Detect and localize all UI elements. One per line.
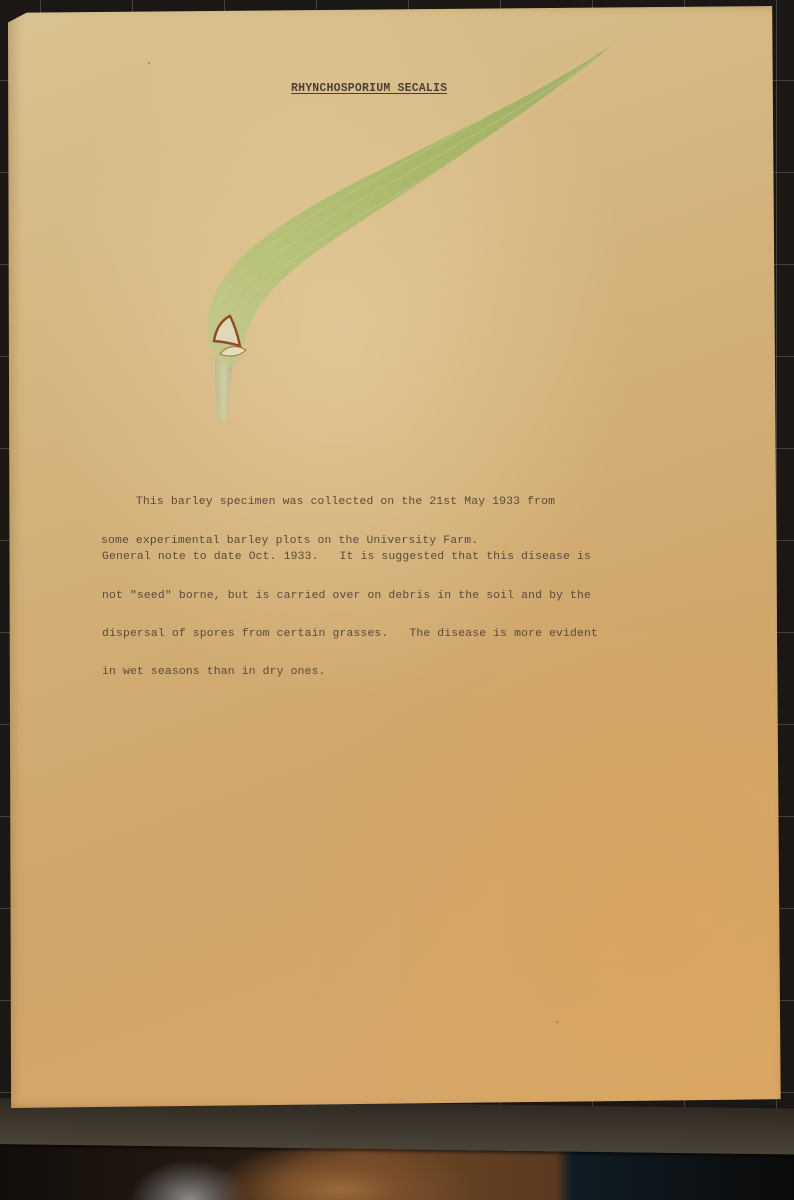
text-line: not "seed" borne, but is carried over on… — [102, 590, 598, 603]
text-line: dispersal of spores from certain grasses… — [102, 628, 598, 641]
text-line: in wet seasons than in dry ones. — [102, 666, 598, 679]
general-note: General note to date Oct. 1933. It is su… — [102, 526, 598, 704]
document-sheet: RHYNCHOSPORIUM SECALIS — [8, 6, 783, 1108]
barley-leaf-illustration-icon — [8, 6, 783, 456]
stem-shape — [215, 356, 234, 420]
paper-speck — [556, 1021, 558, 1023]
text-line: General note to date Oct. 1933. It is su… — [102, 551, 598, 564]
document-title: RHYNCHOSPORIUM SECALIS — [291, 82, 447, 95]
text-line: This barley specimen was collected on th… — [101, 496, 555, 509]
lesion-shape — [214, 316, 240, 346]
paper-speck — [148, 62, 150, 64]
